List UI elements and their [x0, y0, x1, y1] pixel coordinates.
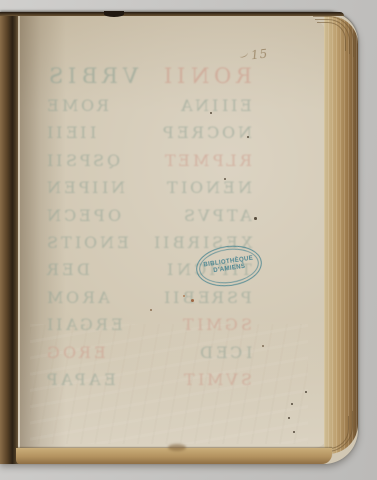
- foxing-speck: [183, 295, 185, 297]
- page-edges-stack: [324, 16, 358, 454]
- showthrough-line: EMORANIIIE: [44, 96, 252, 115]
- showthrough-line: IISPSQTEMPLR: [44, 151, 252, 170]
- showthrough-line: IIAGRETIMGS: [44, 315, 252, 334]
- showthrough-word: NEPIIN: [44, 178, 125, 197]
- showthrough-word: PERCON: [160, 123, 252, 142]
- stamp-text-line1: BIBLIOTHÈQUE: [203, 256, 254, 270]
- showthrough-line: SIBRVIINOR: [44, 64, 252, 88]
- showthrough-word: RED: [44, 260, 90, 279]
- showthrough-line: MORAIIBERSP: [44, 288, 252, 307]
- foliation-number: 15: [239, 47, 269, 64]
- book-top-edge: [0, 12, 344, 16]
- pen-flourish-icon: [238, 50, 249, 59]
- showthrough-word: GORE: [44, 343, 106, 362]
- showthrough-word: IIBERSP: [161, 288, 252, 307]
- showthrough-word: EMOR: [44, 96, 109, 115]
- showthrough-word: SIBRV: [44, 64, 138, 88]
- foxing-speck: [293, 431, 295, 433]
- showthrough-word: STIONE: [44, 233, 129, 252]
- showthrough-word: NCEPO: [44, 206, 121, 225]
- showthrough-word: IIAGRE: [44, 315, 123, 334]
- foxing-speck: [262, 345, 264, 347]
- showthrough-line: IIEIIPERCON: [44, 123, 252, 142]
- showthrough-word: PAPAE: [44, 370, 115, 389]
- foxing-speck: [305, 391, 307, 393]
- book-spine-binding: [0, 12, 20, 464]
- edge-notch: [104, 11, 124, 17]
- photograph-of-open-book: { "book": { "description_label": "blank …: [0, 0, 377, 480]
- showthrough-word: IIEII: [44, 123, 96, 142]
- showthrough-word: TEMPLR: [162, 151, 252, 170]
- showthrough-word: SVPTA: [181, 206, 252, 225]
- showthrough-word: TIONEN: [164, 178, 252, 197]
- foxing-speck: [247, 136, 249, 138]
- foxing-speck: [288, 417, 290, 419]
- showthrough-line: NEPIINTIONEN: [44, 178, 252, 197]
- foxing-speck: [291, 403, 293, 405]
- foxing-speck: [191, 299, 194, 302]
- stamp-text-line2: D'AMIENS: [213, 264, 246, 275]
- showthrough-word: MORA: [44, 288, 109, 307]
- foxing-speck: [150, 309, 152, 311]
- showthrough-line: NCEPOSVPTA: [44, 206, 252, 225]
- showthrough-word: TIMVS: [181, 370, 252, 389]
- bottom-stain: [168, 444, 186, 451]
- showthrough-line: PAPAETIMVS: [44, 370, 252, 389]
- showthrough-word: ANIIIE: [178, 96, 252, 115]
- showthrough-word: TIMGS: [180, 315, 252, 334]
- showthrough-word: DECI: [197, 343, 252, 362]
- showthrough-word: IINOR: [159, 64, 252, 88]
- foxing-speck: [224, 178, 226, 180]
- showthrough-word: IISPSQ: [44, 151, 120, 170]
- showthrough-line: GOREDECI: [44, 343, 252, 362]
- foxing-speck: [254, 217, 257, 220]
- foliation-value: 15: [250, 47, 269, 63]
- foxing-speck: [210, 112, 212, 114]
